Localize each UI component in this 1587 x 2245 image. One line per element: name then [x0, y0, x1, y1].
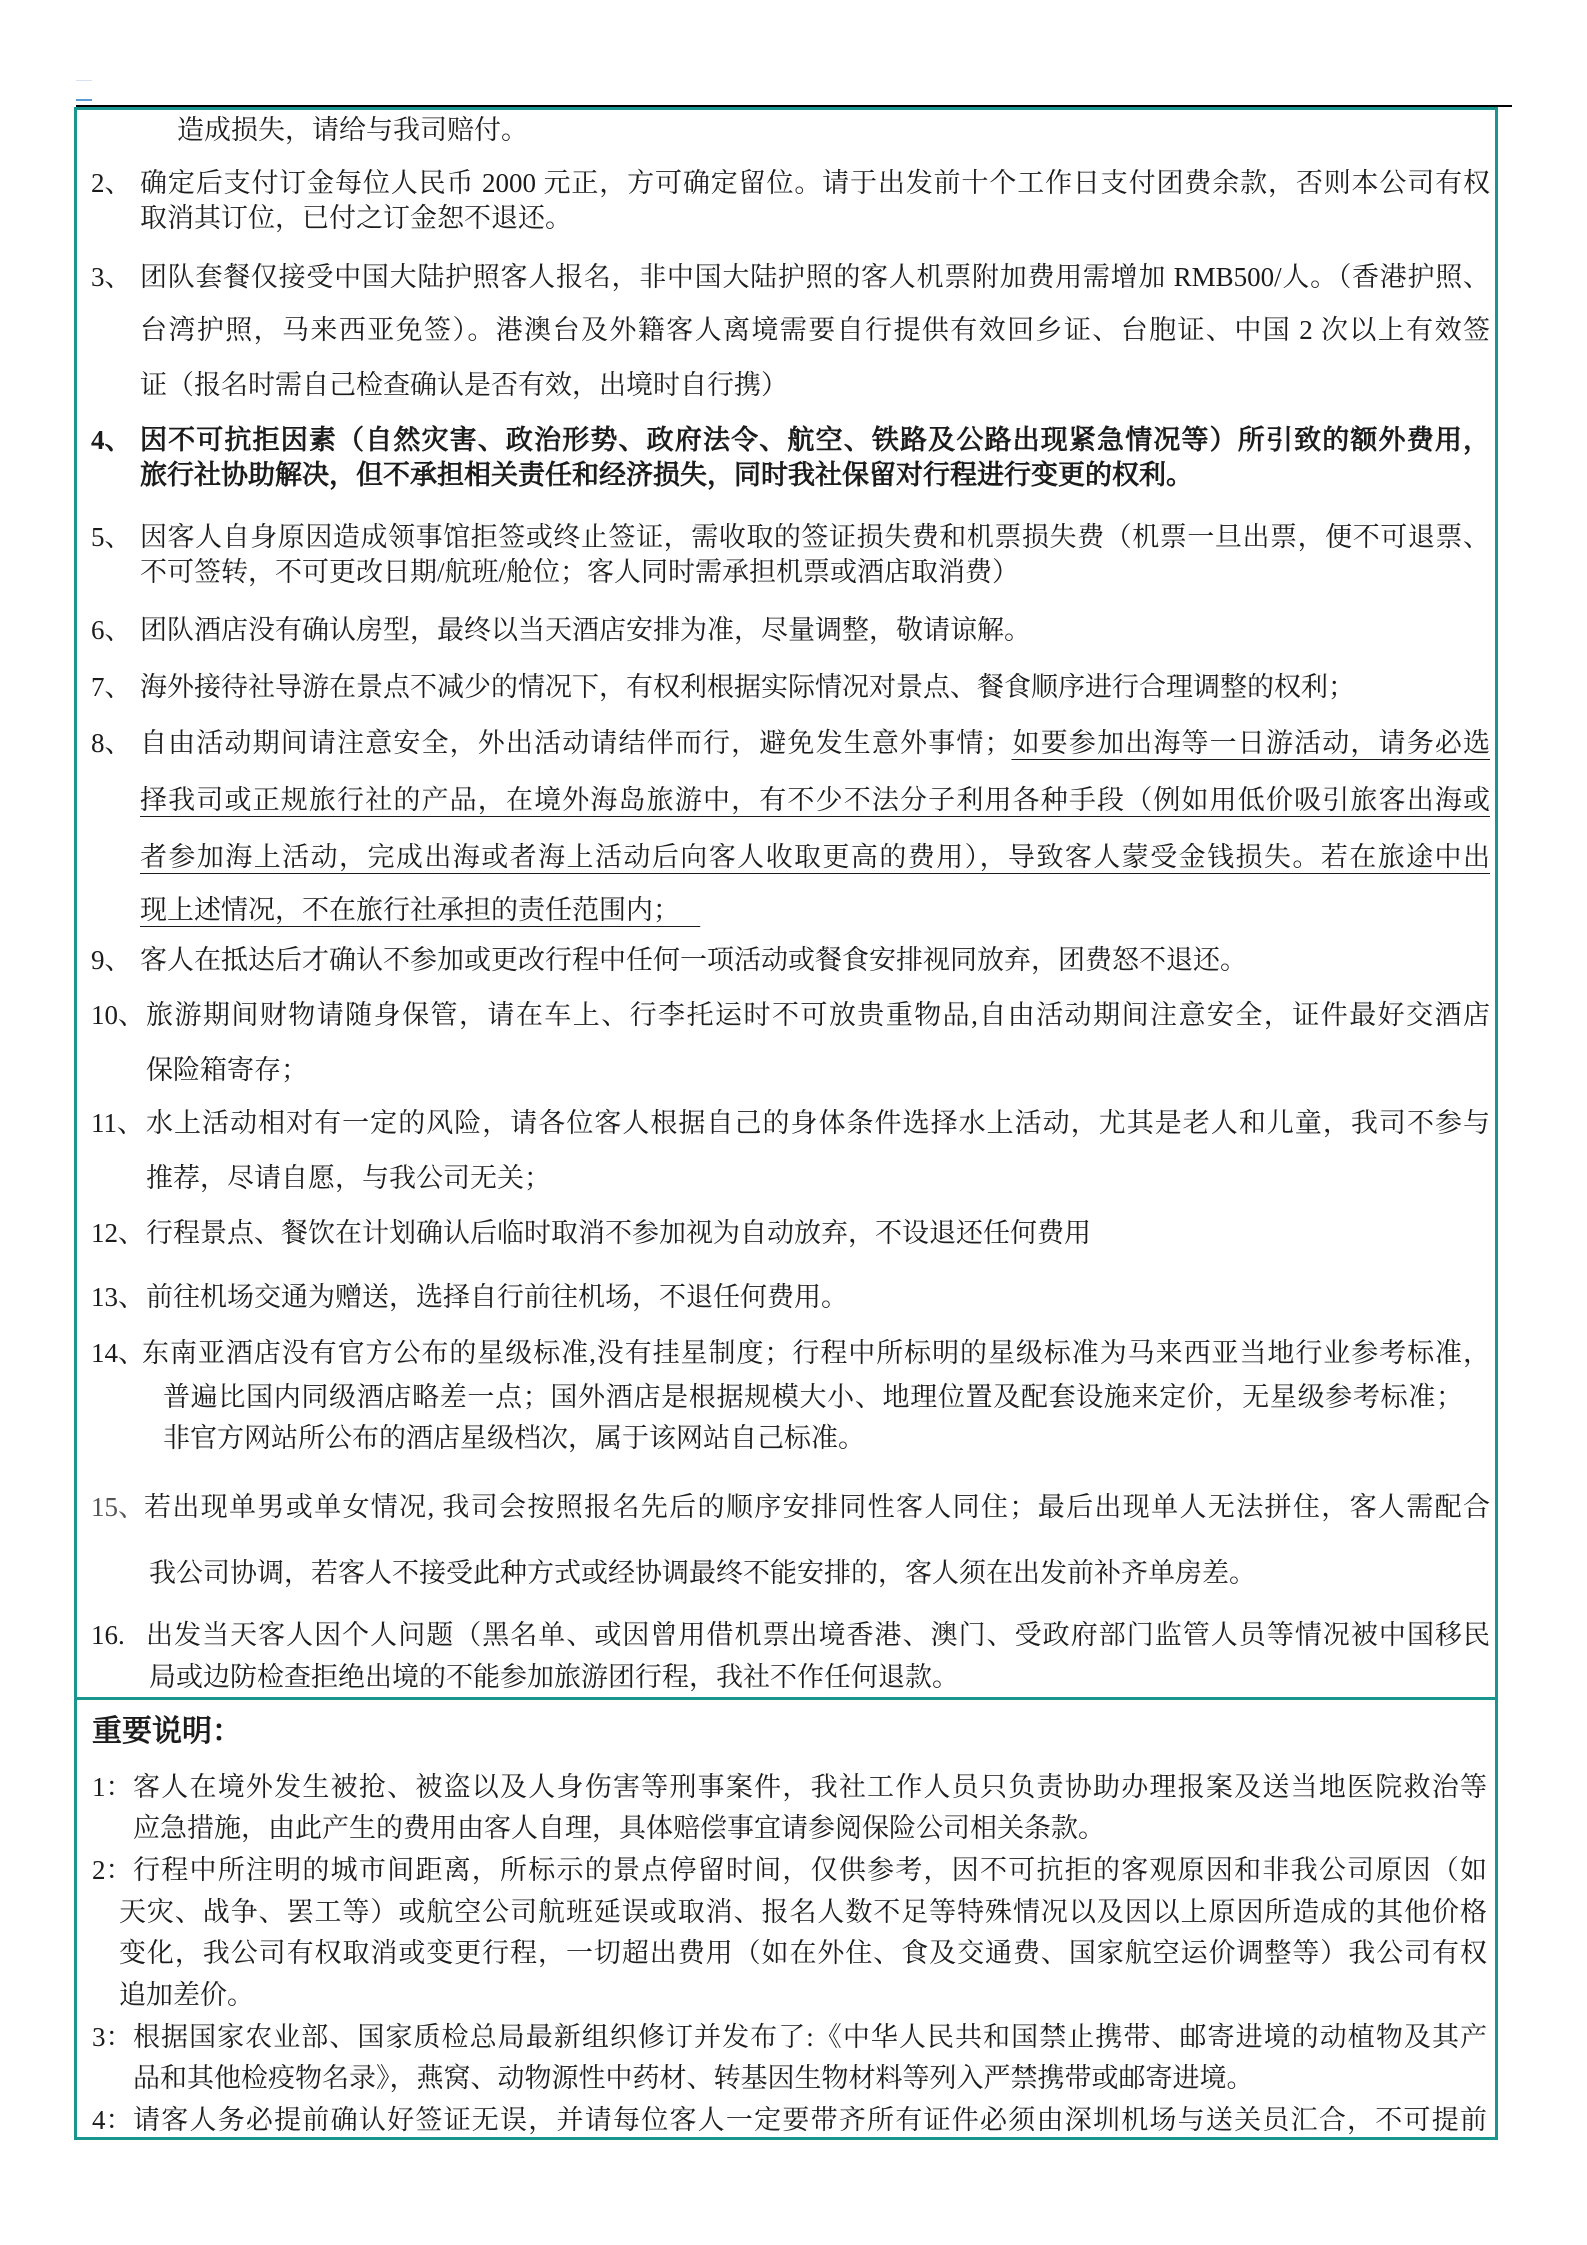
term-4-line-2: 旅行社协助解决，但不承担相关责任和经济损失，同时我社保留对行程进行变更的权利。: [140, 455, 1193, 495]
term-11-line-2: 推荐，尽请自愿，与我公司无关；: [146, 1158, 551, 1198]
term-number: 4、: [91, 420, 132, 460]
note-2-line-2: 天灾、战争、罢工等）或航空公司航班延误或取消、报名人数不足等特殊情况以及因以上原…: [119, 1892, 1487, 1932]
term-5-line-2: 不可签转，不可更改日期/航班/舱位；客人同时需承担机票或酒店取消费）: [140, 552, 1019, 592]
note-3-line-1: 根据国家农业部、国家质检总局最新组织修订并发布了:《中华人民共和国禁止携带、邮寄…: [133, 2017, 1487, 2057]
term-14-line-3: 非官方网站所公布的酒店星级档次，属于该网站自己标准。: [163, 1418, 865, 1458]
term-10-line-1: 旅游期间财物请随身保管，请在车上、行李托运时不可放贵重物品,自由活动期间注意安全…: [146, 995, 1490, 1035]
term-number: 12、: [91, 1213, 145, 1253]
term-3-line-2: 台湾护照，马来西亚免签）。港澳台及外籍客人离境需要自行提供有效回乡证、台胞证、中…: [140, 310, 1490, 350]
term-3-line-1: 团队套餐仅接受中国大陆护照客人报名，非中国大陆护照的客人机票附加费用需增加 RM…: [140, 257, 1490, 297]
term-6-line-1: 团队酒店没有确认房型，最终以当天酒店安排为准，尽量调整，敬请谅解。: [140, 610, 1031, 650]
note-2-line-3: 变化，我公司有权取消或变更行程，一切超出费用（如在外住、食及交通费、国家航空运价…: [119, 1933, 1487, 1973]
note-1-line-1: 客人在境外发生被抢、被盗以及人身伤害等刑事案件，我社工作人员只负责协助办理报案及…: [133, 1767, 1487, 1807]
term-2-line-2: 取消其订位，已付之订金恕不退还。: [140, 198, 572, 238]
term-9-line-1: 客人在抵达后才确认不参加或更改行程中任何一项活动或餐食安排视同放弃，团费怒不退还…: [140, 940, 1247, 980]
term-3-line-3: 证（报名时需自己检查确认是否有效，出境时自行携）: [140, 365, 788, 405]
term-2-line-1: 确定后支付订金每位人民币 2000 元正，方可确定留位。请于出发前十个工作日支付…: [140, 163, 1490, 203]
term-10-line-2: 保险箱寄存；: [146, 1050, 308, 1090]
important-notes-heading: 重要说明：: [92, 1712, 242, 1752]
term-number: 14、: [91, 1333, 145, 1373]
term-16-line-1: 出发当天客人因个人问题（黑名单、或因曾用借机票出境香港、澳门、受政府部门监管人员…: [146, 1615, 1490, 1655]
term-5-line-1: 因客人自身原因造成领事馆拒签或终止签证，需收取的签证损失费和机票损失费（机票一旦…: [140, 517, 1490, 557]
term-8-underlined-text: 如要参加出海等一日游活动，请务必选: [1011, 728, 1490, 758]
term-number: 13、: [91, 1277, 145, 1317]
term-number: 5、: [91, 517, 132, 557]
term-number: 11、: [91, 1103, 144, 1143]
term-number: 3、: [91, 257, 132, 297]
term-8-line-3: 者参加海上活动，完成出海或者海上活动后向客人收取更高的费用），导致客人蒙受金钱损…: [140, 837, 1490, 877]
term-number: 6、: [91, 610, 132, 650]
term-14-line-2: 普遍比国内同级酒店略差一点；国外酒店是根据规模大小、地理位置及配套设施来定价，无…: [163, 1377, 1463, 1417]
term-7-line-1: 海外接待社导游在景点不减少的情况下，有权利根据实际情况对景点、餐食顺序进行合理调…: [140, 667, 1355, 707]
note-3-line-2: 品和其他检疫物名录》，燕窝、动物源性中药材、转基因生物材料等列入严禁携带或邮寄进…: [133, 2058, 1254, 2098]
header-mark: [76, 99, 92, 101]
term-4-line-1: 因不可抗拒因素（自然灾害、政治形势、政府法令、航空、铁路及公路出现紧急情况等）所…: [140, 420, 1490, 460]
note-number: 2：: [92, 1850, 133, 1890]
term-8-line-2: 择我司或正规旅行社的产品，在境外海岛旅游中，有不少不法分子利用各种手段（例如用低…: [140, 780, 1490, 820]
term-15-line-2: 我公司协调，若客人不接受此种方式或经协调最终不能安排的，客人须在出发前补齐单房差…: [149, 1553, 1256, 1593]
term-15-line-1: 若出现单男或单女情况, 我司会按照报名先后的顺序安排同性客人同住；最后出现单人无…: [144, 1487, 1490, 1527]
term-14-line-1: 东南亚酒店没有官方公布的星级标准,没有挂星制度；行程中所标明的星级标准为马来西亚…: [142, 1333, 1490, 1373]
term-number: 10、: [91, 995, 145, 1035]
note-number: 1：: [92, 1767, 133, 1807]
note-2-line-1: 行程中所注明的城市间距离，所标示的景点停留时间，仅供参考，因不可抗拒的客观原因和…: [133, 1850, 1487, 1890]
term-12-line-1: 行程景点、餐饮在计划确认后临时取消不参加视为自动放弃，不设退还任何费用: [146, 1213, 1091, 1253]
term-13-line-1: 前往机场交通为赠送，选择自行前往机场，不退任何费用。: [146, 1277, 848, 1317]
term-8-plain-text: 自由活动期间请注意安全，外出活动请结伴而行，避免发生意外事情；: [140, 728, 1011, 758]
term-8-line-1: 自由活动期间请注意安全，外出活动请结伴而行，避免发生意外事情；如要参加出海等一日…: [140, 723, 1490, 763]
term-8-line-4: 现上述情况，不在旅行社承担的责任范围内；: [140, 890, 700, 930]
term-number: 9、: [91, 940, 132, 980]
header-mark-faint: [76, 80, 92, 81]
term-number: 2、: [91, 163, 132, 203]
term-1-continuation: 造成损失，请给与我司赔付。: [177, 110, 528, 150]
note-4-line-1: 请客人务必提前确认好签证无误，并请每位客人一定要带齐所有证件必须由深圳机场与送关…: [133, 2100, 1487, 2140]
term-number: 15、: [91, 1487, 145, 1527]
note-number: 3：: [92, 2017, 133, 2057]
note-2-line-4: 追加差价。: [119, 1975, 254, 2015]
note-1-line-2: 应急措施，由此产生的费用由客人自理，具体赔偿事宜请参阅保险公司相关条款。: [133, 1808, 1105, 1848]
term-11-line-1: 水上活动相对有一定的风险，请各位客人根据自己的身体条件选择水上活动，尤其是老人和…: [146, 1103, 1490, 1143]
term-number: 8、: [91, 723, 132, 763]
section-divider: [74, 1697, 1498, 1700]
term-16-line-2: 局或边防检查拒绝出境的不能参加旅游团行程，我社不作任何退款。: [149, 1657, 959, 1697]
term-number: 7、: [91, 667, 132, 707]
term-number: 16.: [91, 1615, 125, 1655]
document-page: 造成损失，请给与我司赔付。 2、 确定后支付订金每位人民币 2000 元正，方可…: [0, 0, 1587, 2245]
note-number: 4：: [92, 2100, 133, 2140]
